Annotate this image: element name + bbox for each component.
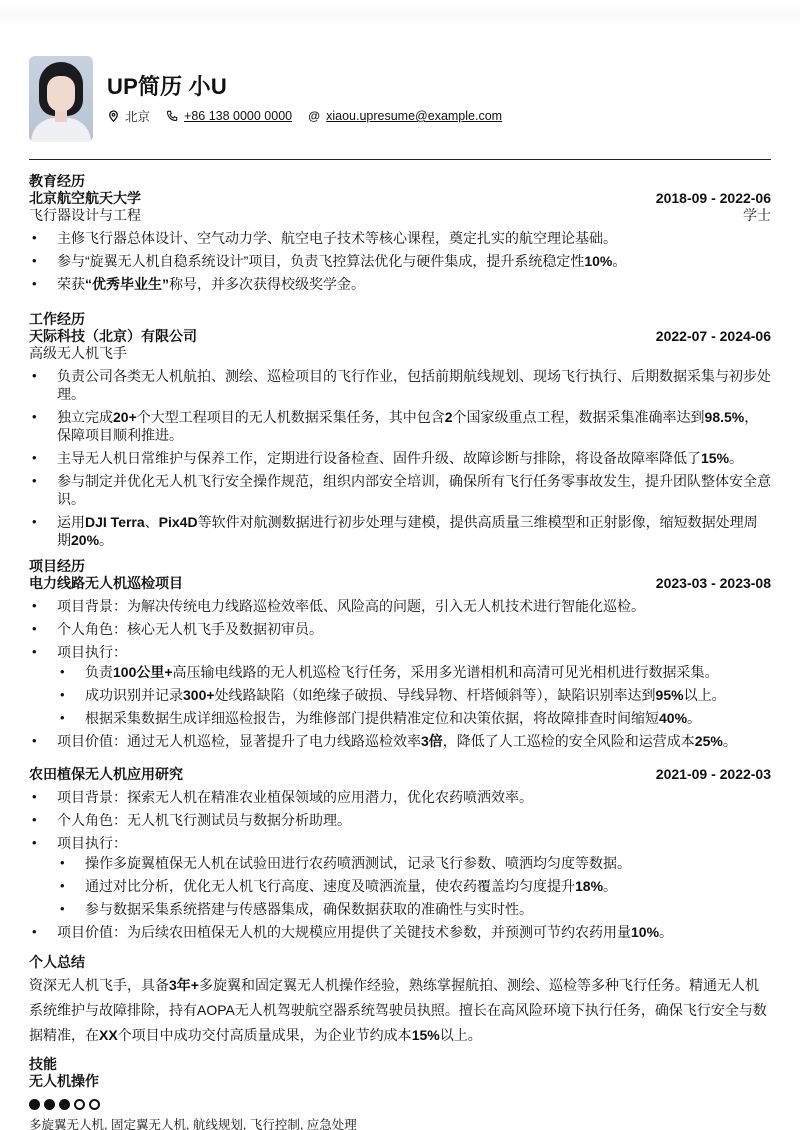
summary-text: 资深无人机飞手，具备3年+多旋翼和固定翼无人机操作经验，熟练掌握航拍、测绘、巡检… [29, 973, 771, 1048]
degree: 学士 [743, 207, 771, 224]
skill-keywords: 多旋翼无人机, 固定翼无人机, 航线规划, 飞行控制, 应急处理 [29, 1115, 771, 1130]
resume-header: UP简历 小U 北京 +86 138 0000 0000 @ xiaou.upr… [29, 56, 771, 142]
list-item: 操作多旋翼植保无人机在试验田进行农药喷洒测试，记录飞行参数、喷洒均匀度等数据。 [57, 854, 771, 872]
list-item: 参与制定并优化无人机飞行安全操作规范，组织内部安全培训，确保所有飞行任务零事故发… [29, 472, 771, 508]
work-bullets: 负责公司各类无人机航拍、测绘、巡检项目的飞行作业，包括前期航线规划、现场飞行执行… [29, 367, 771, 549]
execution-bullets: 操作多旋翼植保无人机在试验田进行农药喷洒测试，记录飞行参数、喷洒均匀度等数据。通… [57, 854, 771, 918]
work-dates: 2022-07 - 2024-06 [656, 328, 771, 345]
top-band [0, 0, 800, 28]
work-section: 工作经历 天际科技（北京）有限公司 2022-07 - 2024-06 高级无人… [29, 311, 771, 549]
section-title: 工作经历 [29, 311, 771, 328]
list-item: 负责100公里+高压输电线路的无人机巡检飞行任务，采用多光谱相机和高清可见光相机… [57, 663, 771, 681]
list-item: 荣获“优秀毕业生”称号，并多次获得校级奖学金。 [29, 275, 771, 293]
school-name: 北京航空航天大学 [29, 190, 141, 207]
list-item: 根据采集数据生成详细巡检报告，为维修部门提供精准定位和决策依据，将故障排查时间缩… [57, 709, 771, 727]
execution-label: 项目执行： [57, 644, 127, 660]
project-role: 个人角色：核心无人机飞手及数据初审员。 [29, 620, 771, 638]
list-item: 成功识别并记录300+处线路缺陷（如绝缘子破损、导线异物、杆塔倾斜等），缺陷识别… [57, 686, 771, 704]
education-section: 教育经历 北京航空航天大学 2018-09 - 2022-06 飞行器设计与工程… [29, 173, 771, 293]
project-dates: 2021-09 - 2022-03 [656, 766, 771, 783]
skill-name: 无人机操作 [29, 1073, 771, 1090]
project-item: 农田植保无人机应用研究 2021-09 - 2022-03 项目背景：探索无人机… [29, 766, 771, 941]
candidate-name: UP简历 小U [107, 70, 227, 101]
list-item: 负责公司各类无人机航拍、测绘、巡检项目的飞行作业，包括前期航线规划、现场飞行执行… [29, 367, 771, 403]
project-background: 项目背景：探索无人机在精准农业植保领域的应用潜力，优化农药喷洒效率。 [29, 788, 771, 806]
section-title: 技能 [29, 1056, 771, 1073]
empty-dot-icon [74, 1099, 85, 1110]
header-divider [29, 159, 771, 160]
filled-dot-icon [59, 1099, 70, 1110]
list-item: 主导无人机日常维护与保养工作，定期进行设备检查、固件升级、故障诊断与排除，将设备… [29, 449, 771, 467]
phone-link[interactable]: +86 138 0000 0000 [184, 109, 292, 123]
contact-info: 北京 +86 138 0000 0000 @ xiaou.upresume@ex… [107, 107, 502, 125]
company-name: 天际科技（北京）有限公司 [29, 328, 197, 345]
skill-level-dots [29, 1099, 771, 1110]
project-value: 项目价值：通过无人机巡检，显著提升了电力线路巡检效率3倍，降低了人工巡检的安全风… [29, 732, 771, 750]
summary-section: 个人总结 资深无人机飞手，具备3年+多旋翼和固定翼无人机操作经验，熟练掌握航拍、… [29, 954, 771, 1048]
phone-icon [166, 110, 178, 122]
location-pin-icon [107, 110, 119, 122]
project-dates: 2023-03 - 2023-08 [656, 575, 771, 592]
project-item: 电力线路无人机巡检项目 2023-03 - 2023-08 项目背景：为解决传统… [29, 575, 771, 750]
avatar [29, 56, 93, 142]
list-item: 项目价值：通过无人机巡检，显著提升了电力线路巡检效率3倍，降低了人工巡检的安全风… [29, 732, 771, 750]
filled-dot-icon [29, 1099, 40, 1110]
project-name: 电力线路无人机巡检项目 [29, 575, 183, 592]
project-role: 个人角色：无人机飞行测试员与数据分析助理。 [29, 811, 771, 829]
job-position: 高级无人机飞手 [29, 345, 771, 362]
list-item: 通过对比分析，优化无人机飞行高度、速度及喷洒流量，使农药覆盖均匀度提升18%。 [57, 877, 771, 895]
location-text: 北京 [125, 107, 150, 125]
execution-label: 项目执行： [57, 835, 127, 851]
filled-dot-icon [44, 1099, 55, 1110]
empty-dot-icon [89, 1099, 100, 1110]
project-execution: 项目执行： [29, 643, 771, 661]
list-item: 独立完成20+个大型工程项目的无人机数据采集任务，其中包含2个国家级重点工程，数… [29, 408, 771, 444]
list-item: 参与“旋翼无人机自稳系统设计”项目，负责飞控算法优化与硬件集成，提升系统稳定性1… [29, 252, 771, 270]
projects-section: 项目经历 电力线路无人机巡检项目 2023-03 - 2023-08 项目背景：… [29, 558, 771, 941]
project-execution: 项目执行： [29, 834, 771, 852]
section-title: 个人总结 [29, 954, 771, 971]
section-title: 项目经历 [29, 558, 771, 575]
project-name: 农田植保无人机应用研究 [29, 766, 183, 783]
list-item: 项目价值：为后续农田植保无人机的大规模应用提供了关键技术参数，并预测可节约农药用… [29, 923, 771, 941]
at-sign-icon: @ [308, 110, 320, 122]
section-title: 教育经历 [29, 173, 771, 190]
major: 飞行器设计与工程 [29, 207, 141, 224]
execution-bullets: 负责100公里+高压输电线路的无人机巡检飞行任务，采用多光谱相机和高清可见光相机… [57, 663, 771, 727]
project-background: 项目背景：为解决传统电力线路巡检效率低、风险高的问题，引入无人机技术进行智能化巡… [29, 597, 771, 615]
list-item: 运用DJI Terra、Pix4D等软件对航测数据进行初步处理与建模，提供高质量… [29, 513, 771, 549]
education-bullets: 主修飞行器总体设计、空气动力学、航空电子技术等核心课程，奠定扎实的航空理论基础。… [29, 229, 771, 293]
list-item: 主修飞行器总体设计、空气动力学、航空电子技术等核心课程，奠定扎实的航空理论基础。 [29, 229, 771, 247]
skills-section: 技能 无人机操作 多旋翼无人机, 固定翼无人机, 航线规划, 飞行控制, 应急处… [29, 1056, 771, 1130]
education-dates: 2018-09 - 2022-06 [656, 190, 771, 207]
list-item: 参与数据采集系统搭建与传感器集成，确保数据获取的准确性与实时性。 [57, 900, 771, 918]
project-value: 项目价值：为后续农田植保无人机的大规模应用提供了关键技术参数，并预测可节约农药用… [29, 923, 771, 941]
email-link[interactable]: xiaou.upresume@example.com [326, 109, 502, 123]
